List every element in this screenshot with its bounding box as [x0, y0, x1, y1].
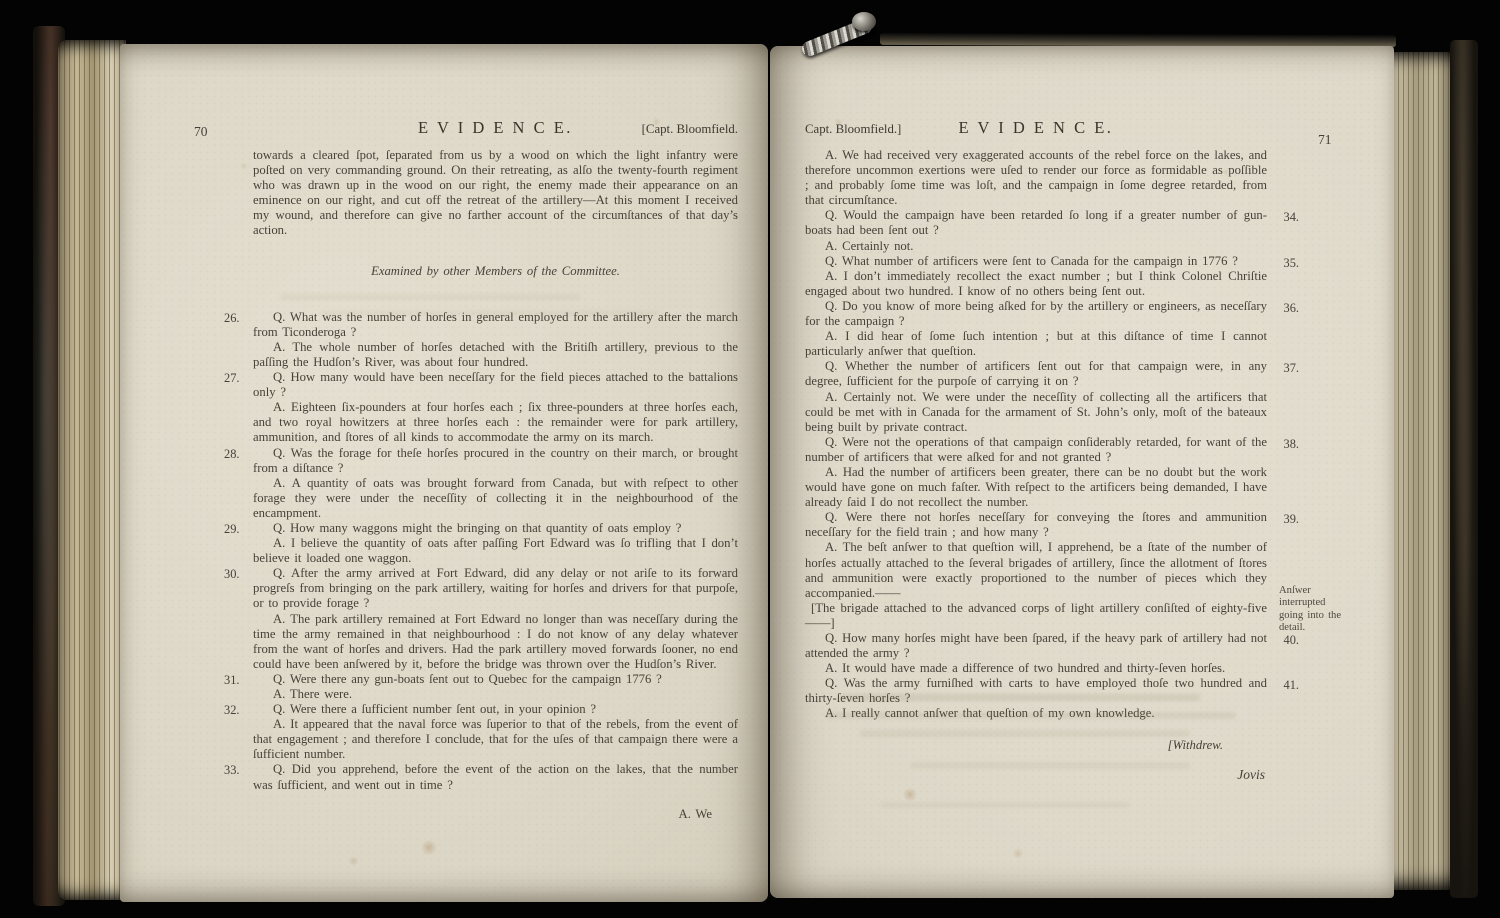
fox-stain [348, 856, 359, 866]
question: Q. Whether the number of artificers ſent… [805, 359, 1267, 389]
answer: A. There were. [253, 687, 738, 702]
right-page: Capt. Bloomfield.] E V I D E N C E. 71 A… [770, 46, 1394, 898]
open-book-photo: 70 E V I D E N C E. [Capt. Bloomfield. t… [0, 0, 1500, 918]
catchword-right: Jovis [805, 767, 1267, 782]
margin-number: 29. [224, 522, 240, 537]
question: Q. How many horſes might have been ſpare… [805, 631, 1267, 661]
margin-number: 37. [1284, 361, 1300, 376]
question: Q. Do you know of more being aſked for b… [805, 299, 1267, 329]
question: Q. Was the forage for theſe horſes procu… [253, 446, 738, 476]
question: Q. Were not the operations of that campa… [805, 435, 1267, 465]
page-number-left: 70 [194, 124, 208, 140]
answer: A. I believe the quantity of oats after … [253, 536, 738, 566]
answer: A. It would have made a difference of tw… [805, 661, 1267, 676]
margin-number: 35. [1284, 256, 1300, 271]
qa-item-27: 27. Q. How many would have been neceſſar… [253, 370, 738, 445]
qa-item-35: 35. Q. What number of artificers were ſe… [805, 254, 1267, 299]
question: Q. How many would have been neceſſary fo… [253, 370, 738, 400]
answer: A. I really cannot anſwer that queſtion … [805, 706, 1267, 721]
book-top-edge [880, 33, 1396, 47]
withdrew-note: [Withdrew. [805, 738, 1267, 753]
margin-number: 41. [1284, 678, 1300, 693]
running-title-right: E V I D E N C E. [805, 118, 1267, 138]
answer: A. Eighteen ſix-pounders at four horſes … [253, 400, 738, 445]
page-edges-left [58, 40, 126, 900]
margin-number: 36. [1284, 301, 1300, 316]
margin-number: 34. [1284, 210, 1300, 225]
bracketed-interjection: [The brigade attached to the advanced co… [805, 601, 1267, 631]
margin-number: 30. [224, 567, 240, 582]
running-header-left: [Capt. Bloomfield. [253, 122, 738, 137]
section-heading: Examined by other Members of the Committ… [253, 264, 738, 279]
qa-item-36: 36. Q. Do you know of more being aſked f… [805, 299, 1267, 359]
qa-item-33: 33. Q. Did you apprehend, before the eve… [253, 762, 738, 792]
answer: A. I did hear of ſome ſuch intention ; b… [805, 329, 1267, 359]
question: Q. Was the army furniſhed with carts to … [805, 676, 1267, 706]
question: Q. How many waggons might the bringing o… [253, 521, 738, 536]
catchword-left: A. We [253, 807, 738, 822]
qa-item-28: 28. Q. Was the forage for theſe horſes p… [253, 446, 738, 521]
qa-item-38: 38. Q. Were not the operations of that c… [805, 435, 1267, 510]
clasp-knob [852, 12, 876, 31]
margin-number: 28. [224, 447, 240, 462]
question: Q. After the army arrived at Fort Edward… [253, 566, 738, 611]
margin-number: 40. [1284, 633, 1300, 648]
margin-number: 32. [224, 703, 240, 718]
qa-item-41: 41. Q. Was the army furniſhed with carts… [805, 676, 1267, 721]
page-edges-right [1392, 52, 1456, 890]
fox-stain [902, 788, 918, 801]
question: Q. Were there any gun-boats ſent out to … [253, 672, 738, 687]
question: Q. What was the number of horſes in gene… [253, 310, 738, 340]
page-number-right: 71 [1318, 132, 1332, 148]
margin-number: 33. [224, 763, 240, 778]
qa-item-39: 39. Q. Were there not horſes neceſſary f… [805, 510, 1267, 601]
question: Q. Did you apprehend, before the event o… [253, 762, 738, 792]
margin-note: Anſwer interrupted going into the detail… [1279, 585, 1349, 635]
qa-item-31: 31. Q. Were there any gun-boats ſent out… [253, 672, 738, 702]
margin-number: 38. [1284, 437, 1300, 452]
question: Q. Would the campaign have been retarded… [805, 208, 1267, 238]
answer: A. The park artillery remained at Fort E… [253, 612, 738, 672]
qa-item-30: 30. Q. After the army arrived at Fort Ed… [253, 566, 738, 672]
fox-stain [240, 162, 248, 170]
qa-item-26: 26. Q. What was the number of horſes in … [253, 310, 738, 370]
qa-item-29: 29. Q. How many waggons might the bringi… [253, 521, 738, 566]
question: Q. Were there a ſufficient number ſent o… [253, 702, 738, 717]
margin-number: 27. [224, 371, 240, 386]
question: Q. What number of artificers were ſent t… [805, 254, 1267, 269]
right-page-text: A. We had received very exaggerated acco… [805, 148, 1267, 782]
answer: A. A quantity of oats was brought forwar… [253, 476, 738, 521]
fox-stain [1012, 848, 1024, 859]
answer: A. Certainly not. [805, 239, 1267, 254]
answer: A. Had the number of artificers been gre… [805, 465, 1267, 510]
question: Q. Were there not horſes neceſſary for c… [805, 510, 1267, 540]
answer: A. I don’t immediately recollect the exa… [805, 269, 1267, 299]
answer: A. The whole number of horſes detached w… [253, 340, 738, 370]
answer: A. It appeared that the naval force was … [253, 717, 738, 762]
show-through-shadow [880, 802, 1130, 808]
continuation-paragraph: towards a cleared ſpot, ſeparated from u… [253, 148, 738, 239]
margin-number: 26. [224, 311, 240, 326]
qa-item-34: 34. Q. Would the campaign have been reta… [805, 208, 1267, 253]
interjection-text: [The brigade attached to the advanced co… [805, 601, 1267, 631]
qa-item-37: 37. Q. Whether the number of artificers … [805, 359, 1267, 434]
left-page: 70 E V I D E N C E. [Capt. Bloomfield. t… [120, 44, 768, 902]
book-cover-edge-right [1450, 40, 1478, 898]
answer: A. Certainly not. We were under the nece… [805, 390, 1267, 435]
answer-continued: A. We had received very exaggerated acco… [805, 148, 1267, 208]
margin-number: 31. [224, 673, 240, 688]
qa-item-32: 32. Q. Were there a ſufficient number ſe… [253, 702, 738, 762]
fox-stain [420, 840, 438, 855]
qa-item-40: 40. Q. How many horſes might have been ſ… [805, 631, 1267, 676]
left-page-text: towards a cleared ſpot, ſeparated from u… [253, 148, 738, 822]
metal-bookmark-clasp [798, 4, 890, 62]
answer: A. The beſt anſwer to that queſtion will… [805, 540, 1267, 600]
margin-number: 39. [1284, 512, 1300, 527]
